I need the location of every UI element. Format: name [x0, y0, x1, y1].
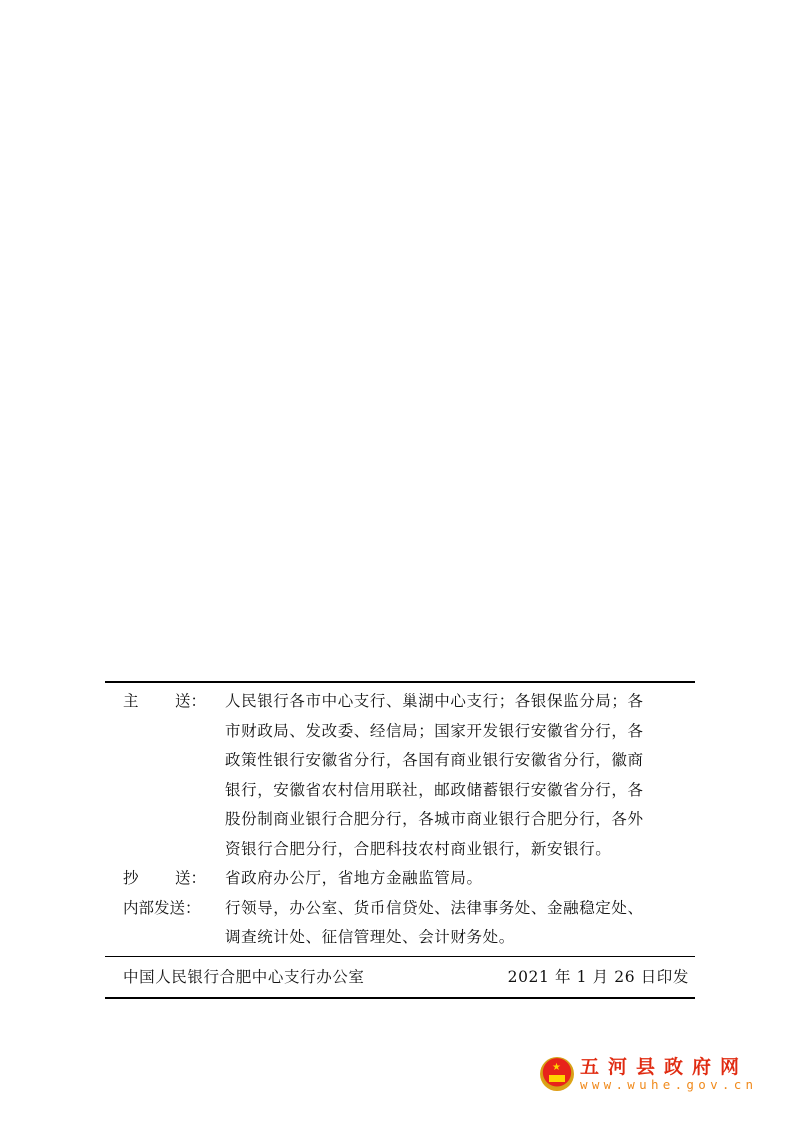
- main-recipients-list: 人民银行各市中心支行、巢湖中心支行；各银保监分局；各 市财政局、发改委、经信局；…: [225, 687, 695, 864]
- watermark-site-url: www.wuhe.gov.cn: [580, 1078, 757, 1092]
- main-recipients-line: 资银行合肥分行，合肥科技农村商业银行，新安银行。: [225, 835, 693, 865]
- main-recipients-line: 银行，安徽省农村信用联社，邮政储蓄银行安徽省分行，各: [225, 776, 693, 806]
- national-emblem-icon: ★: [540, 1057, 574, 1091]
- internal-recipients-line: 调查统计处、征信管理处、会计财务处。: [225, 923, 693, 953]
- issuer-name: 中国人民银行合肥中心支行办公室: [123, 957, 365, 997]
- internal-recipients-row: 内部发送： 行领导，办公室、货币信贷处、法律事务处、金融稳定处、 调查统计处、征…: [105, 894, 695, 953]
- cc-recipients-list: 省政府办公厅，省地方金融监管局。: [225, 864, 695, 894]
- issuer-row: 中国人民银行合肥中心支行办公室 2021 年 1 月 26 日印发: [105, 957, 695, 997]
- site-watermark: ★ 五河县政府网 www.wuhe.gov.cn: [540, 1056, 757, 1092]
- main-recipients-line: 人民银行各市中心支行、巢湖中心支行；各银保监分局；各: [225, 687, 693, 717]
- cc-recipients-label: 抄 送：: [105, 864, 225, 894]
- internal-recipients-line: 行领导，办公室、货币信贷处、法律事务处、金融稳定处、: [225, 894, 693, 924]
- main-recipients-line: 市财政局、发改委、经信局；国家开发银行安徽省分行，各: [225, 717, 693, 747]
- top-rule: [105, 681, 695, 683]
- main-recipients-label: 主 送：: [105, 687, 225, 864]
- main-recipients-row: 主 送： 人民银行各市中心支行、巢湖中心支行；各银保监分局；各 市财政局、发改委…: [105, 687, 695, 864]
- distribution-block: 主 送： 人民银行各市中心支行、巢湖中心支行；各银保监分局；各 市财政局、发改委…: [105, 681, 695, 999]
- watermark-text: 五河县政府网 www.wuhe.gov.cn: [580, 1056, 757, 1092]
- watermark-site-name: 五河县政府网: [580, 1056, 757, 1078]
- bottom-rule: [105, 997, 695, 999]
- main-recipients-line: 政策性银行安徽省分行，各国有商业银行安徽省分行，徽商: [225, 746, 693, 776]
- internal-recipients-list: 行领导，办公室、货币信贷处、法律事务处、金融稳定处、 调查统计处、征信管理处、会…: [225, 894, 695, 953]
- main-recipients-line: 股份制商业银行合肥分行，各城市商业银行合肥分行，各外: [225, 805, 693, 835]
- cc-recipients-line: 省政府办公厅，省地方金融监管局。: [225, 864, 693, 894]
- internal-recipients-label: 内部发送：: [105, 894, 225, 953]
- cc-recipients-row: 抄 送： 省政府办公厅，省地方金融监管局。: [105, 864, 695, 894]
- issue-date: 2021 年 1 月 26 日印发: [508, 957, 689, 997]
